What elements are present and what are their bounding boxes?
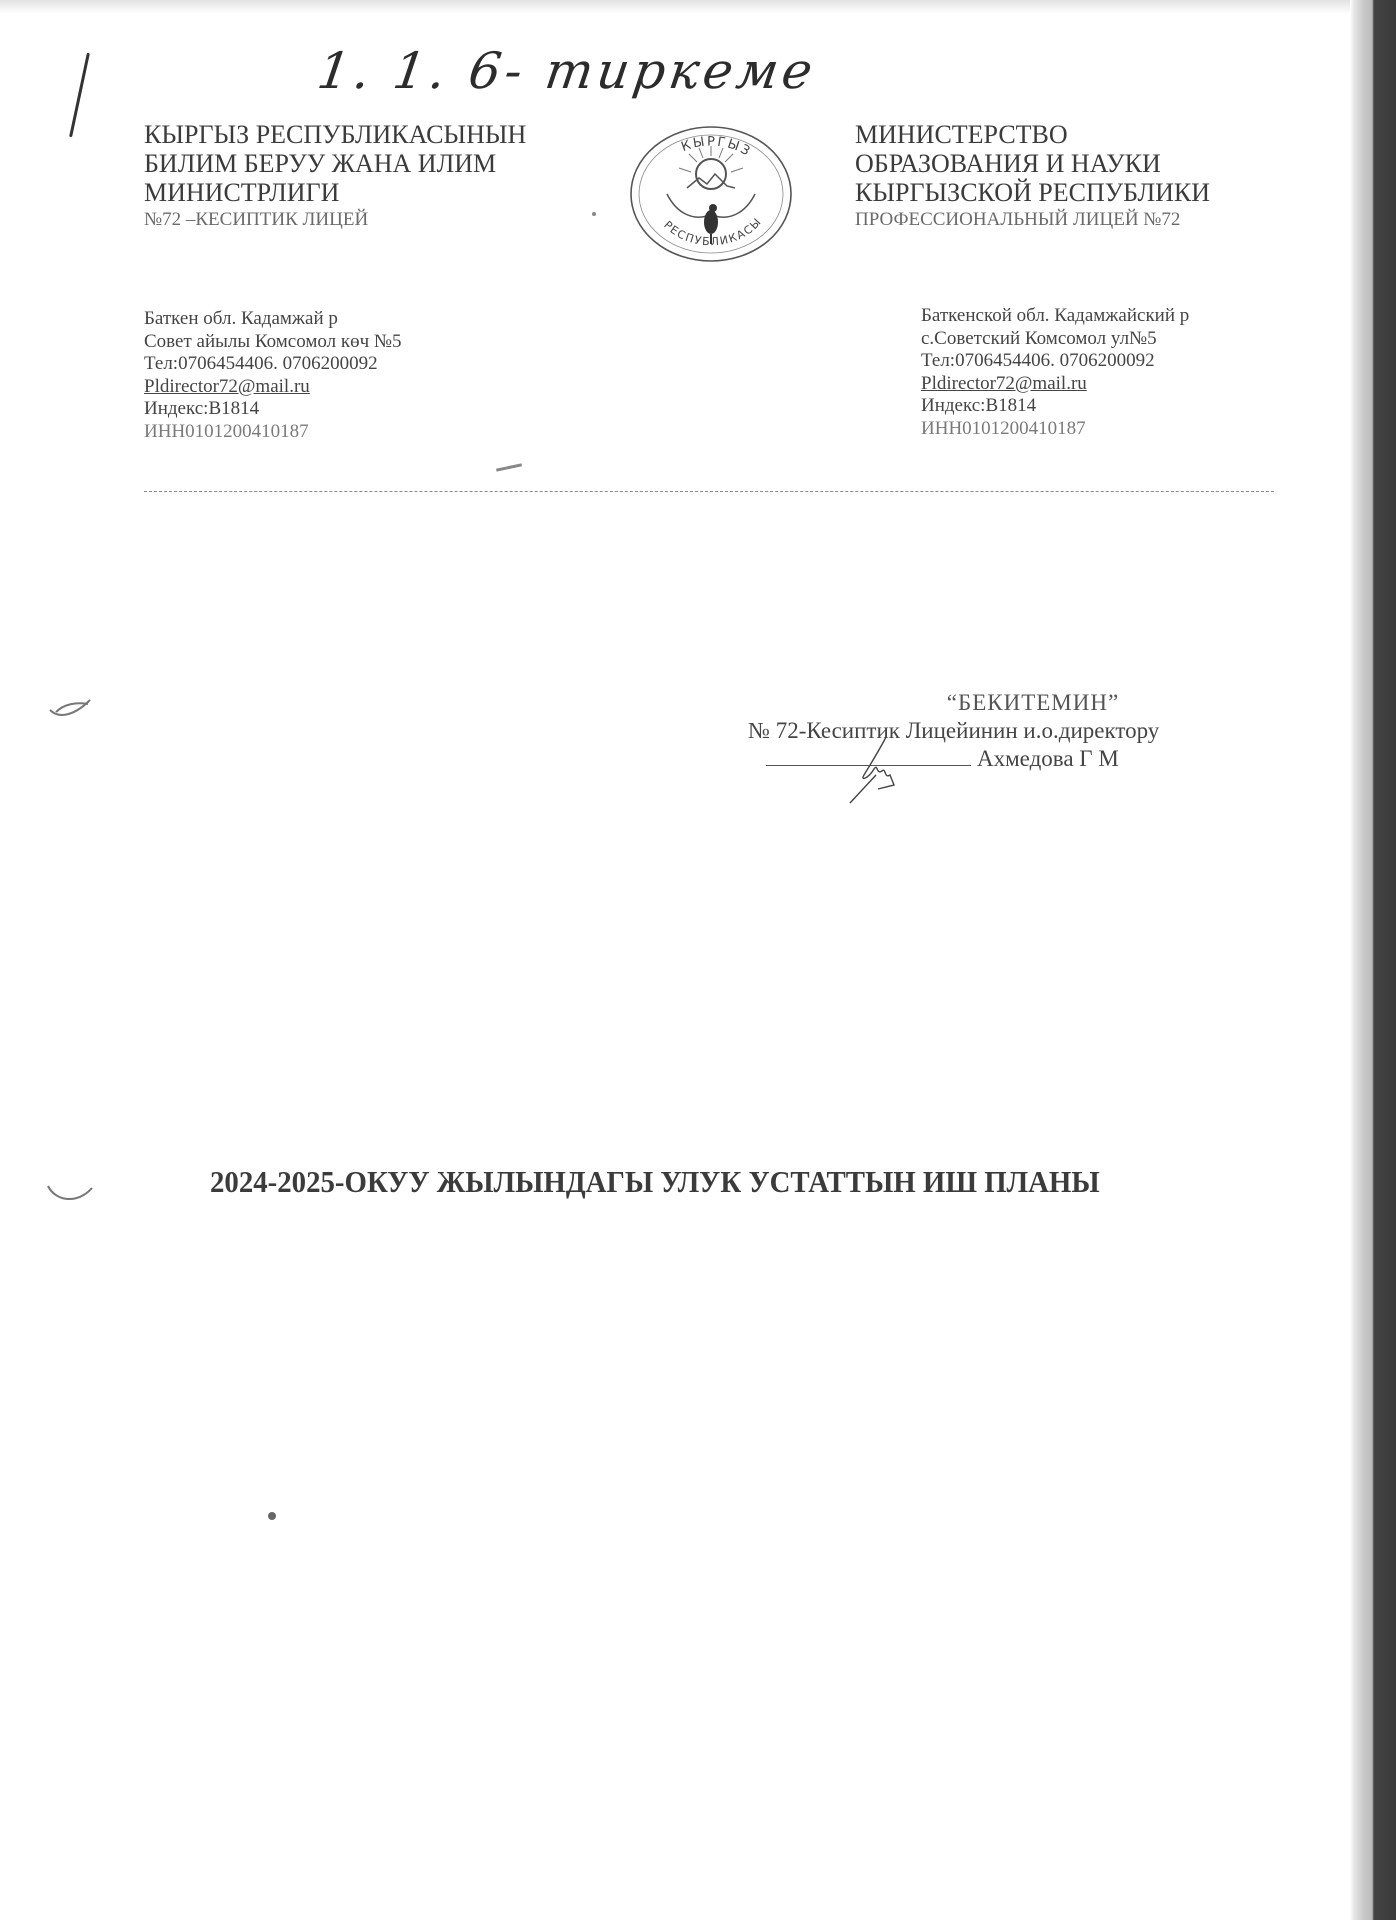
address-region: Баткен обл. Кадамжай р bbox=[144, 308, 402, 331]
header-left: КЫРГЫЗ РЕСПУБЛИКАСЫНЫН БИЛИМ БЕРУУ ЖАНА … bbox=[144, 120, 526, 233]
document-title: 2024-2025-ОКУУ ЖЫЛЫНДАГЫ УЛУК УСТАТТЫН И… bbox=[210, 1164, 1100, 1200]
state-emblem-icon: КЫРГЫЗ РЕСПУБЛИКАСЫ bbox=[627, 124, 795, 264]
header-right-line: МИНИСТЕРСТВО bbox=[855, 120, 1210, 149]
scan-artifact-icon bbox=[42, 1180, 102, 1210]
address-inn: ИНН0101200410187 bbox=[921, 418, 1189, 441]
address-index: Индекс:B1814 bbox=[921, 395, 1189, 418]
approval-title: “БЕКИТЕМИН” bbox=[798, 690, 1268, 716]
approval-block: “БЕКИТЕМИН” № 72-Кесиптик Лицейинин и.о.… bbox=[748, 690, 1268, 772]
address-street: с.Советский Комсомол ул№5 bbox=[921, 328, 1189, 351]
address-email-link[interactable]: Pldirector72@mail.ru bbox=[921, 373, 1189, 396]
header-right-institution: ПРОФЕССИОНАЛЬНЫЙ ЛИЦЕЙ №72 bbox=[855, 207, 1210, 233]
address-phone: Тел:0706454406. 0706200092 bbox=[144, 353, 402, 376]
header-left-institution: №72 –КЕСИПТИК ЛИЦЕЙ bbox=[144, 207, 526, 233]
address-email-link[interactable]: Pldirector72@mail.ru bbox=[144, 376, 402, 399]
header-right: МИНИСТЕРСТВО ОБРАЗОВАНИЯ И НАУКИ КЫРГЫЗС… bbox=[855, 120, 1210, 233]
scan-right-edge bbox=[1350, 0, 1396, 1920]
address-index: Индекс:B1814 bbox=[144, 398, 402, 421]
address-right: Баткенской обл. Кадамжайский р с.Советск… bbox=[921, 305, 1189, 440]
signature-icon bbox=[840, 735, 920, 805]
address-region: Баткенской обл. Кадамжайский р bbox=[921, 305, 1189, 328]
scan-artifact-icon bbox=[268, 1512, 276, 1520]
address-left: Баткен обл. Кадамжай р Совет айылы Комсо… bbox=[144, 308, 402, 443]
scan-artifact-icon bbox=[592, 212, 596, 216]
header-divider bbox=[144, 491, 1274, 492]
header-left-line: МИНИСТРЛИГИ bbox=[144, 178, 526, 207]
handwritten-stroke bbox=[69, 53, 90, 138]
header-left-line: БИЛИМ БЕРУУ ЖАНА ИЛИМ bbox=[144, 149, 526, 178]
header-left-line: КЫРГЫЗ РЕСПУБЛИКАСЫНЫН bbox=[144, 120, 526, 149]
address-phone: Тел:0706454406. 0706200092 bbox=[921, 350, 1189, 373]
header-right-line: КЫРГЫЗСКОЙ РЕСПУБЛИКИ bbox=[855, 178, 1210, 207]
header-right-line: ОБРАЗОВАНИЯ И НАУКИ bbox=[855, 149, 1210, 178]
address-inn: ИНН0101200410187 bbox=[144, 421, 402, 444]
handwritten-note: 1. 1. 6- тиркеме bbox=[314, 42, 820, 100]
address-street: Совет айылы Комсомол көч №5 bbox=[144, 331, 402, 354]
approval-signature-line: Ахмедова Г М bbox=[748, 746, 1268, 772]
scan-artifact-icon bbox=[42, 690, 102, 730]
approval-name: Ахмедова Г М bbox=[977, 746, 1119, 771]
approval-role: № 72-Кесиптик Лицейинин и.о.директору bbox=[748, 718, 1268, 744]
scan-top-shadow bbox=[0, 0, 1396, 14]
scan-artifact-icon bbox=[496, 463, 522, 471]
